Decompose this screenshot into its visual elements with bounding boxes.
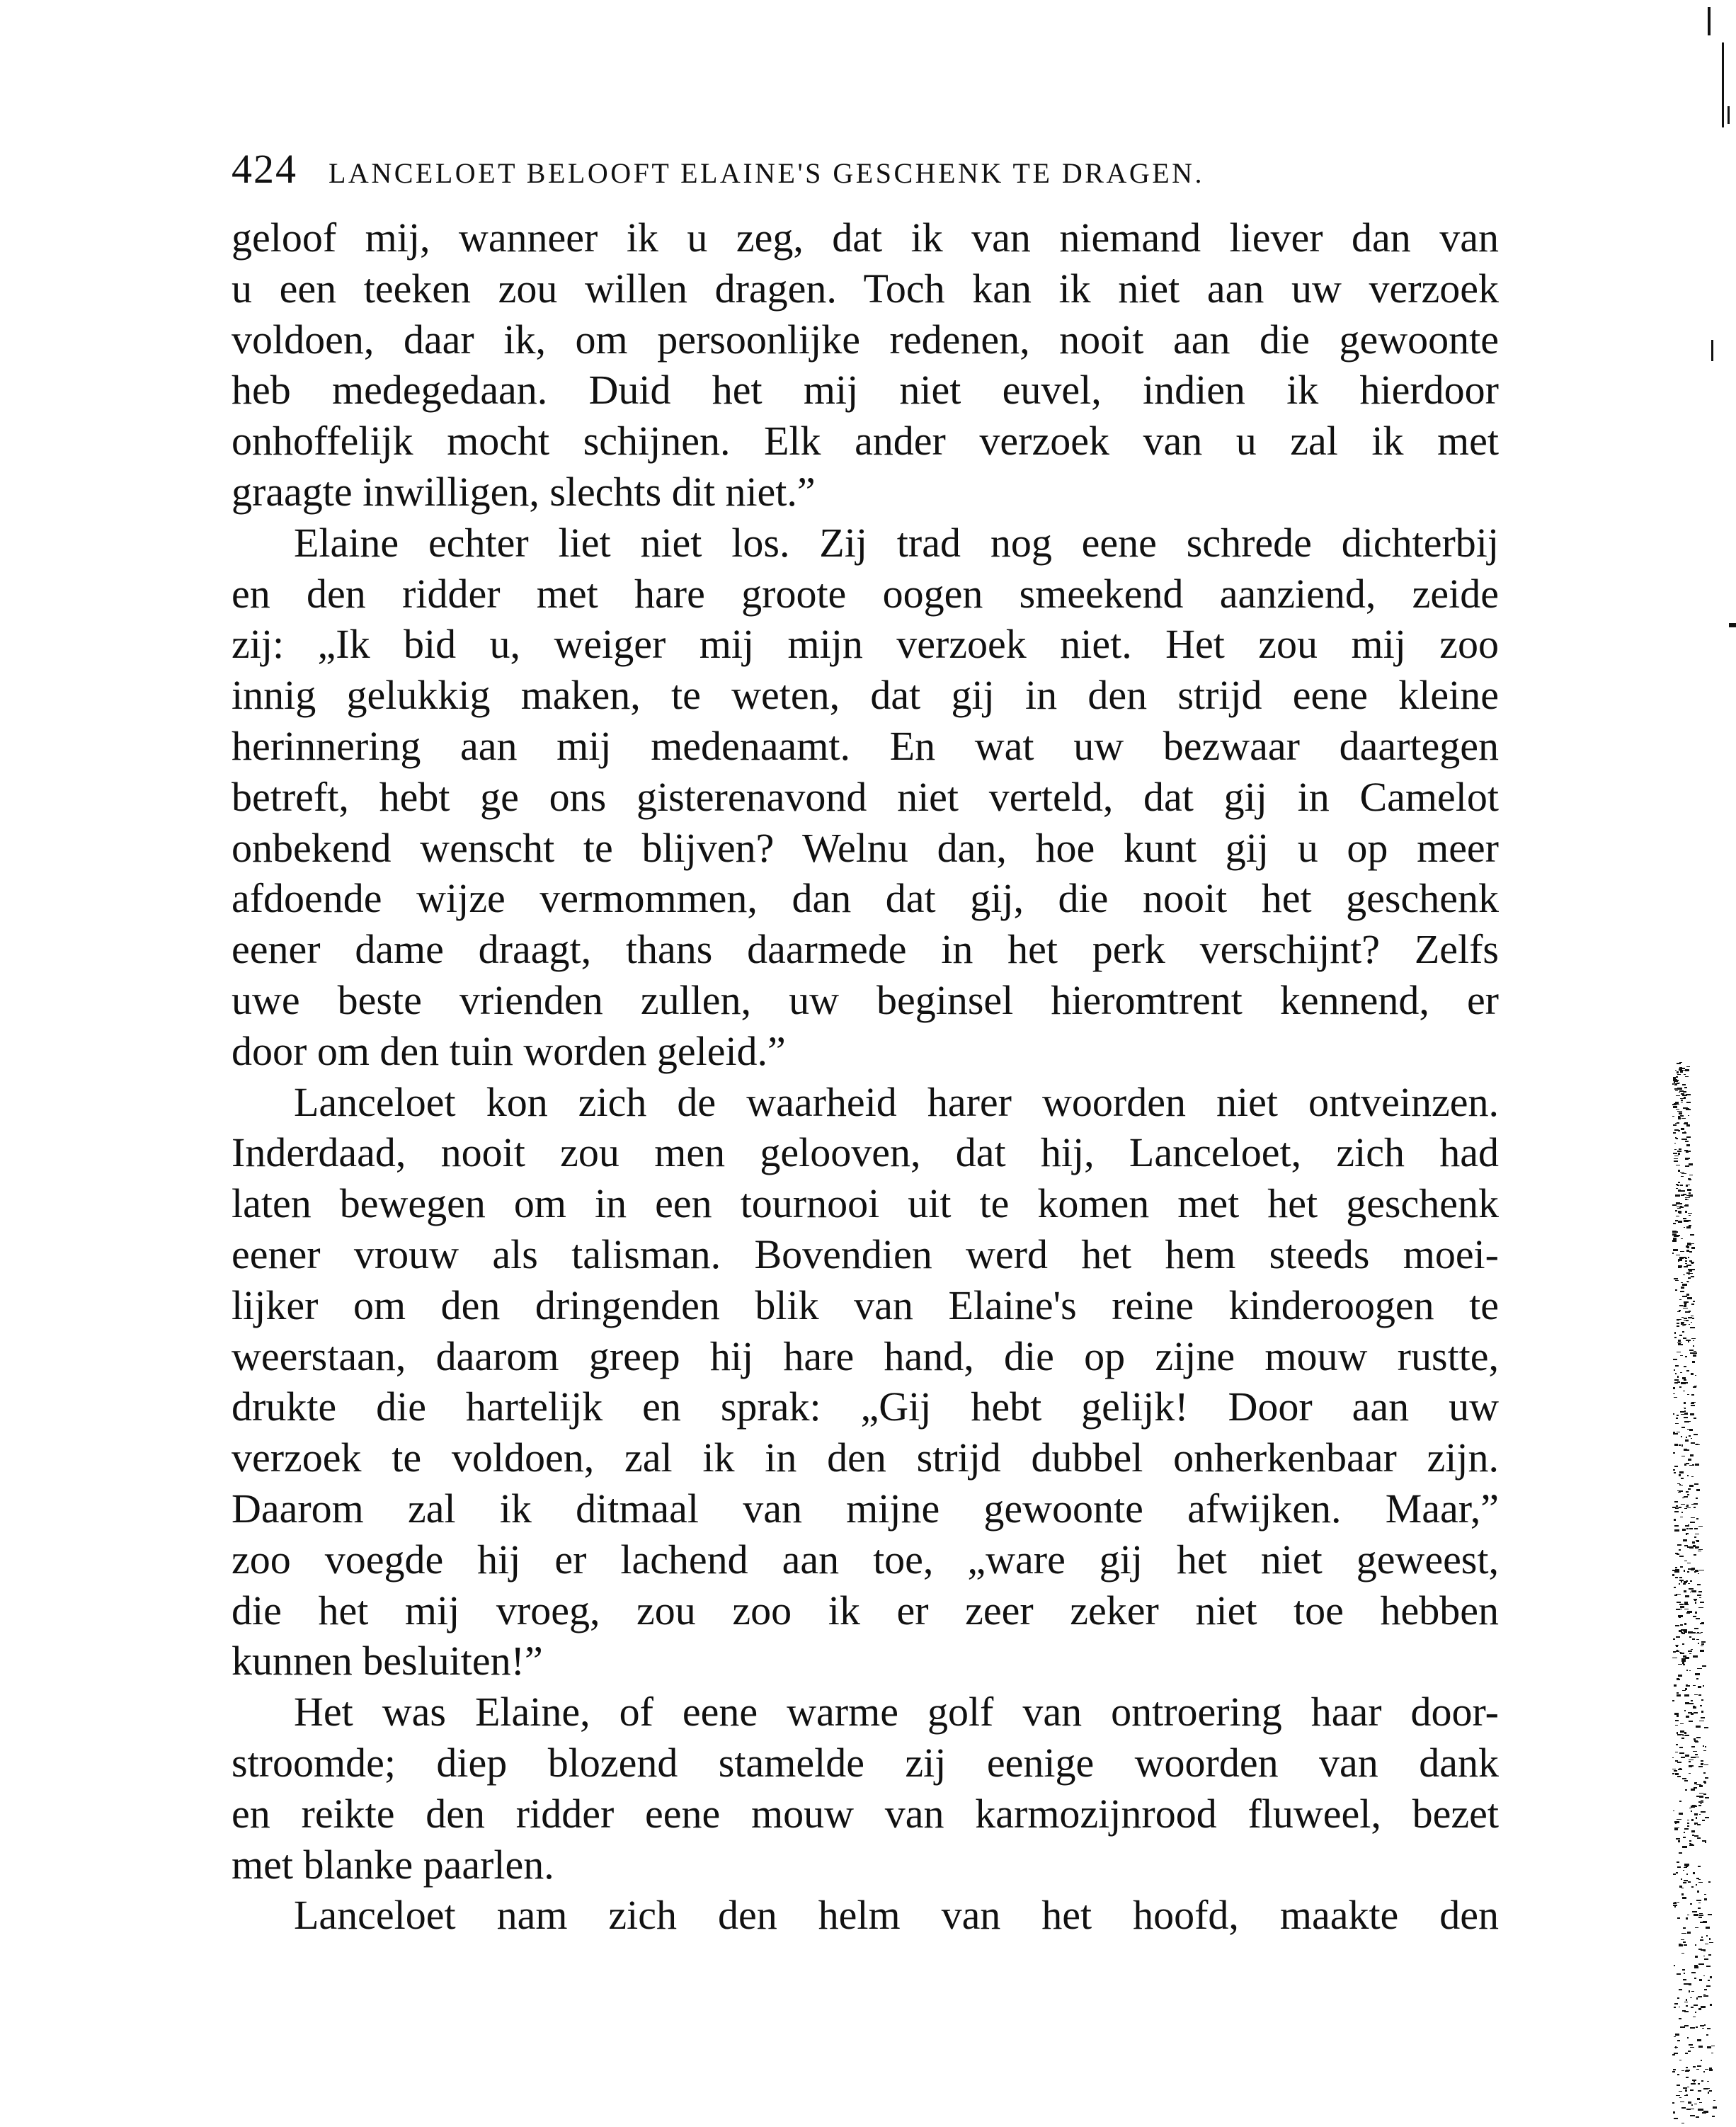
- scan-speck: [1694, 1571, 1697, 1573]
- scan-speck: [1683, 1338, 1686, 1339]
- scan-speck: [1677, 2074, 1679, 2075]
- scan-speck: [1681, 1322, 1684, 1323]
- scan-speck: [1677, 1776, 1681, 1777]
- scan-speck: [1680, 1723, 1683, 1724]
- scan-speck: [1688, 2051, 1691, 2052]
- scan-speck: [1691, 2104, 1693, 2106]
- paragraph-first-line: Elaine echter liet niet los. Zij trad no…: [232, 518, 1499, 569]
- scan-speck: [1677, 1678, 1679, 1680]
- scan-speck: [1691, 1886, 1694, 1888]
- scan-speck: [1690, 1903, 1691, 1905]
- scan-speck: [1683, 1837, 1686, 1838]
- scan-speck: [1674, 1161, 1677, 1162]
- scan-speck: [1693, 1345, 1694, 1347]
- scan-speck: [1673, 1651, 1676, 1653]
- scan-speck: [1677, 1483, 1680, 1484]
- scan-speck: [1684, 1301, 1688, 1303]
- scan-speck: [1685, 1595, 1689, 1597]
- scan-speck: [1701, 1632, 1702, 1633]
- scan-speck: [1681, 2123, 1684, 2124]
- scan-speck: [1711, 2046, 1714, 2047]
- scan-speck: [1679, 1112, 1682, 1114]
- scan-speck: [1696, 1618, 1700, 1620]
- scan-speck: [1684, 1379, 1686, 1381]
- scan-speck: [1689, 1192, 1691, 1194]
- text-line: voldoen, daar ik, om persoonlijke redene…: [232, 314, 1499, 365]
- scan-speck: [1673, 1238, 1676, 1240]
- scan-speck: [1688, 1178, 1691, 1180]
- scan-speck: [1677, 1088, 1682, 1090]
- scan-mark: [1711, 340, 1713, 361]
- scan-speck: [1694, 1835, 1698, 1837]
- scan-speck: [1694, 1554, 1696, 1556]
- scan-speck: [1685, 1311, 1690, 1313]
- scan-speck: [1672, 2102, 1674, 2104]
- scan-speck: [1688, 1488, 1691, 1489]
- scan-speck: [1675, 1280, 1679, 1281]
- scan-speck: [1698, 1963, 1701, 1965]
- scan-speck: [1685, 1657, 1690, 1659]
- scan-speck: [1672, 1570, 1675, 1571]
- text-line: lijker om den dringenden blik van Elaine…: [232, 1280, 1499, 1331]
- scan-speck: [1679, 1580, 1684, 1581]
- text-line: afdoende wijze vermommen, dan dat gij, d…: [232, 873, 1499, 924]
- scan-speck: [1674, 1821, 1679, 1823]
- scan-speck: [1695, 1547, 1698, 1549]
- scan-speck: [1689, 2044, 1693, 2046]
- scan-speck: [1679, 2060, 1681, 2061]
- text-line: geloof mij, wanneer ik u zeg, dat ik van…: [232, 212, 1499, 263]
- scan-speck: [1686, 1340, 1690, 1340]
- scan-speck: [1681, 1604, 1684, 1605]
- scan-speck: [1696, 1900, 1701, 1901]
- scan-speck: [1674, 1444, 1679, 1446]
- scan-speck: [1686, 1370, 1690, 1372]
- scan-speck: [1688, 1568, 1691, 1570]
- scan-speck: [1683, 1391, 1685, 1391]
- scan-speck: [1688, 1583, 1690, 1584]
- text-line: laten bewegen om in een tournooi uit te …: [232, 1178, 1499, 1229]
- scan-speck: [1680, 1190, 1685, 1191]
- scan-speck: [1680, 1355, 1683, 1356]
- scan-speck: [1694, 1418, 1696, 1419]
- scan-speck: [1674, 1906, 1676, 1908]
- scan-speck: [1682, 1778, 1686, 1779]
- scan-speck: [1677, 1381, 1680, 1383]
- scan-speck: [1696, 1878, 1699, 1879]
- scan-speck: [1675, 1553, 1678, 1554]
- scan-speck: [1672, 1253, 1674, 1254]
- scan-speck: [1691, 2007, 1694, 2007]
- scan-speck: [1691, 1746, 1695, 1747]
- scan-speck: [1703, 2071, 1705, 2072]
- scan-speck: [1687, 1282, 1690, 1282]
- scan-speck: [1686, 1320, 1689, 1322]
- scan-speck: [1701, 1811, 1706, 1812]
- scan-speck: [1677, 1720, 1678, 1721]
- scan-speck: [1703, 1975, 1705, 1976]
- text-line: Daarom zal ik ditmaal van mijne gewoonte…: [232, 1483, 1499, 1534]
- scan-speck: [1683, 1308, 1688, 1308]
- scan-speck: [1684, 1973, 1686, 1975]
- scan-speck: [1684, 1602, 1687, 1603]
- scan-speck: [1679, 1989, 1682, 1990]
- scan-speck: [1689, 1588, 1694, 1590]
- scan-speck: [1681, 1139, 1684, 1140]
- text-line: onbekend wenscht te blijven? Welnu dan, …: [232, 823, 1499, 874]
- scan-speck: [1688, 1115, 1689, 1116]
- scan-speck: [1686, 2077, 1689, 2078]
- scan-speck: [1683, 1275, 1686, 1275]
- text-line: u een teeken zou willen dragen. Toch kan…: [232, 263, 1499, 314]
- scan-speck: [1699, 1793, 1703, 1794]
- scan-speck: [1687, 1494, 1690, 1495]
- paragraph-first-line: Het was Elaine, of eene warme golf van o…: [232, 1687, 1499, 1738]
- scan-speck: [1684, 1464, 1686, 1466]
- scan-speck: [1677, 1083, 1679, 1084]
- scan-speck: [1704, 1958, 1708, 1960]
- scan-speck: [1698, 1591, 1702, 1592]
- scan-speck: [1673, 1469, 1675, 1471]
- scan-speck: [1687, 1571, 1689, 1573]
- scan-speck: [1682, 1498, 1684, 1498]
- scan-speck: [1691, 1405, 1695, 1406]
- scan-speck: [1686, 1066, 1690, 1067]
- scan-speck: [1674, 1149, 1677, 1151]
- scan-speck: [1673, 1903, 1676, 1904]
- scan-speck: [1674, 1337, 1677, 1338]
- scan-speck: [1696, 1639, 1699, 1640]
- scan-speck: [1677, 1602, 1681, 1602]
- text-line: zoo voegde hij er lachend aan toe, „ware…: [232, 1534, 1499, 1585]
- scan-speck: [1684, 2002, 1688, 2002]
- scan-speck: [1685, 1076, 1688, 1077]
- scan-speck: [1710, 2004, 1713, 2006]
- scan-speck: [1674, 1525, 1678, 1527]
- scan-speck: [1681, 1176, 1684, 1177]
- scan-speck: [1702, 2028, 1704, 2029]
- scan-speck: [1673, 1359, 1677, 1360]
- scan-speck: [1677, 1973, 1681, 1975]
- scan-speck: [1702, 1665, 1706, 1667]
- scan-speck: [1697, 1824, 1701, 1825]
- scan-speck: [1695, 1944, 1696, 1946]
- scan-speck: [1687, 1915, 1689, 1915]
- scan-speck: [1686, 1421, 1691, 1422]
- scan-speck: [1683, 1218, 1686, 1219]
- scan-speck: [1683, 1583, 1686, 1585]
- scan-speck: [1688, 1317, 1692, 1318]
- scan-speck: [1686, 1917, 1688, 1920]
- scan-speck: [1678, 1675, 1682, 1677]
- scan-speck: [1674, 1235, 1679, 1236]
- scan-speck: [1677, 1151, 1681, 1152]
- scan-speck: [1701, 1622, 1704, 1624]
- scan-speck: [1699, 1814, 1701, 1815]
- scan-speck: [1687, 1820, 1689, 1820]
- scan-speck: [1700, 1803, 1702, 1805]
- scan-speck: [1674, 1379, 1679, 1380]
- scan-speck: [1701, 1937, 1703, 1938]
- scan-speck: [1677, 1692, 1679, 1694]
- scan-speck: [1703, 1685, 1705, 1687]
- text-line: en reikte den ridder eene mouw van karmo…: [232, 1789, 1499, 1840]
- scan-speck: [1679, 1886, 1682, 1888]
- running-header: 424 LANCELOET BELOOFT ELAINE'S GESCHENK …: [232, 145, 1499, 195]
- scan-speck: [1673, 1433, 1678, 1435]
- scan-speck: [1687, 1246, 1689, 1248]
- scan-speck: [1680, 1372, 1682, 1373]
- scan-speck: [1682, 1084, 1686, 1085]
- scan-speck: [1674, 1684, 1677, 1687]
- scan-speck: [1699, 1908, 1701, 1909]
- scan-mark: [1728, 106, 1730, 124]
- scan-speck: [1673, 2069, 1676, 2070]
- scan-speck: [1692, 1361, 1694, 1363]
- scan-speck: [1678, 1343, 1680, 1345]
- scan-speck: [1673, 1393, 1675, 1394]
- scan-speck: [1674, 1332, 1676, 1334]
- scan-speck: [1674, 1156, 1679, 1157]
- scan-speck: [1681, 1287, 1684, 1289]
- scan-speck: [1698, 1805, 1701, 1806]
- scan-speck: [1684, 1561, 1687, 1561]
- scan-speck: [1691, 1373, 1694, 1375]
- scan-speck: [1688, 1341, 1689, 1342]
- scan-speck: [1694, 1694, 1698, 1695]
- scan-speck: [1689, 1435, 1691, 1437]
- scan-speck: [1713, 2106, 1717, 2109]
- scan-speck: [1696, 1498, 1698, 1499]
- scan-speck: [1694, 1483, 1698, 1485]
- scan-speck: [1681, 1444, 1683, 1447]
- scan-speck: [1678, 1492, 1681, 1493]
- scan-speck: [1693, 1386, 1696, 1388]
- scan-speck: [1684, 1864, 1689, 1866]
- scan-speck: [1685, 2089, 1687, 2092]
- scan-speck: [1689, 1773, 1691, 1774]
- scan-speck: [1673, 1387, 1675, 1388]
- scan-speck: [1677, 1650, 1678, 1650]
- scan-speck: [1674, 1083, 1677, 1085]
- scan-speck: [1687, 1394, 1689, 1396]
- scan-speck: [1675, 1577, 1678, 1579]
- scan-speck: [1681, 1173, 1686, 1174]
- scan-speck: [1674, 2003, 1678, 2004]
- scan-speck: [1693, 1655, 1698, 1658]
- scan-speck: [1683, 1664, 1685, 1665]
- scan-speck: [1680, 1115, 1684, 1116]
- scan-speck: [1684, 1449, 1687, 1451]
- scan-speck: [1686, 1272, 1689, 1275]
- scan-speck: [1705, 1777, 1708, 1779]
- scan-speck: [1691, 1991, 1695, 1992]
- scan-speck: [1691, 1394, 1694, 1396]
- scan-speck: [1675, 1569, 1679, 1571]
- scan-speck: [1676, 1636, 1680, 1638]
- scan-speck: [1677, 1694, 1680, 1696]
- scan-speck: [1693, 1355, 1696, 1357]
- scan-speck: [1679, 1507, 1681, 1508]
- scan-speck: [1685, 1356, 1687, 1357]
- scan-speck: [1686, 1185, 1688, 1186]
- scan-speck: [1689, 1220, 1691, 1221]
- scan-speck: [1686, 1507, 1690, 1509]
- scan-speck: [1686, 1199, 1689, 1200]
- scan-speck: [1683, 1927, 1686, 1928]
- scan-speck: [1680, 1185, 1684, 1186]
- scan-speck: [1703, 2088, 1708, 2089]
- scan-speck: [1684, 1074, 1686, 1075]
- scan-speck: [1684, 1867, 1687, 1868]
- scan-speck: [1674, 1587, 1676, 1588]
- scan-speck: [1674, 1713, 1679, 1715]
- scan-speck: [1674, 1501, 1678, 1502]
- scan-speck: [1676, 1255, 1680, 1255]
- scan-speck: [1685, 1702, 1689, 1704]
- scan-speck: [1703, 1750, 1706, 1752]
- scan-speck: [1685, 1141, 1689, 1141]
- scan-speck: [1675, 1090, 1679, 1092]
- scan-speck: [1679, 2007, 1680, 2007]
- scan-speck: [1682, 1331, 1684, 1333]
- scan-speck: [1687, 1189, 1691, 1191]
- scan-speck: [1686, 1294, 1689, 1296]
- scan-speck: [1673, 1874, 1676, 1875]
- scan-speck: [1674, 2118, 1678, 2119]
- scan-speck: [1683, 1324, 1687, 1325]
- scan-speck: [1677, 1715, 1679, 1717]
- scan-speck: [1696, 2069, 1699, 2070]
- scan-speck: [1690, 1844, 1693, 1845]
- scan-speck: [1693, 1352, 1697, 1354]
- scan-speck: [1686, 1437, 1687, 1438]
- scan-speck: [1690, 1413, 1695, 1415]
- page-number: 424: [232, 145, 297, 193]
- scan-speck: [1701, 2006, 1706, 2007]
- scan-speck: [1673, 1077, 1676, 1079]
- scan-speck: [1679, 1852, 1683, 1853]
- scan-speck: [1691, 1276, 1694, 1278]
- scan-speck: [1695, 1757, 1699, 1758]
- scan-speck: [1689, 1721, 1693, 1722]
- scan-speck: [1709, 1938, 1711, 1940]
- scan-speck: [1687, 1825, 1689, 1827]
- scan-speck: [1680, 1517, 1683, 1518]
- scan-speck: [1703, 1794, 1706, 1795]
- scan-speck: [1676, 1095, 1681, 1096]
- scan-speck: [1679, 1747, 1683, 1748]
- scan-speck: [1686, 1102, 1691, 1103]
- scan-speck: [1713, 2100, 1715, 2101]
- scan-speck: [1684, 1780, 1688, 1782]
- scan-speck: [1709, 2090, 1711, 2091]
- scan-speck: [1674, 1828, 1678, 1830]
- scan-speck: [1693, 1301, 1695, 1302]
- scan-speck: [1705, 1817, 1709, 1818]
- scan-speck: [1689, 1808, 1691, 1808]
- scan-speck: [1677, 1311, 1680, 1313]
- scan-speck: [1680, 1071, 1683, 1073]
- scan-speck: [1678, 1116, 1681, 1118]
- scan-speck: [1701, 1760, 1703, 1761]
- scan-speck: [1677, 1071, 1679, 1073]
- scan-speck: [1695, 1673, 1700, 1675]
- scan-speck: [1698, 1643, 1700, 1643]
- scan-speck: [1681, 1478, 1684, 1479]
- scan-speck: [1689, 1194, 1693, 1197]
- scan-speck: [1704, 1898, 1707, 1900]
- scan-speck: [1708, 1980, 1710, 1981]
- scan-speck: [1693, 2017, 1696, 2017]
- scan-speck: [1705, 1746, 1707, 1747]
- scan-speck: [1681, 1317, 1683, 1318]
- scan-speck: [1690, 1997, 1692, 1998]
- scan-speck: [1679, 1752, 1684, 1754]
- scan-speck: [1681, 2107, 1686, 2109]
- scan-speck: [1681, 1118, 1686, 1119]
- scan-speck: [1675, 1595, 1677, 1596]
- paragraph-first-line: Lanceloet nam zich den helm van het hoof…: [232, 1890, 1499, 1941]
- scan-speck: [1676, 1216, 1679, 1216]
- text-line: eener dame draagt, thans daarmede in het…: [232, 924, 1499, 975]
- scan-speck: [1676, 1418, 1678, 1419]
- scan-speck: [1684, 1944, 1688, 1946]
- scan-speck: [1679, 1299, 1681, 1301]
- text-line: eener vrouw als talisman. Bovendien werd…: [232, 1229, 1499, 1280]
- scan-speck: [1683, 1194, 1686, 1194]
- scan-speck: [1694, 1966, 1698, 1968]
- scan-speck: [1694, 1434, 1698, 1435]
- scan-speck: [1699, 1570, 1704, 1570]
- scan-speck: [1677, 1732, 1678, 1734]
- scan-speck: [1676, 1080, 1678, 1080]
- scan-speck: [1691, 1649, 1694, 1650]
- scan-speck: [1698, 1694, 1701, 1697]
- text-line: verzoek te voldoen, zal ik in den strijd…: [232, 1432, 1499, 1483]
- scan-speck: [1679, 2097, 1681, 2098]
- scan-speck: [1686, 1095, 1688, 1096]
- scan-speck: [1675, 1102, 1679, 1104]
- scan-speck: [1687, 1932, 1691, 1934]
- scan-speck: [1688, 1712, 1692, 1713]
- scan-speck: [1694, 1978, 1696, 1978]
- text-line: Inderdaad, nooit zou men gelooven, dat h…: [232, 1127, 1499, 1178]
- scan-speck: [1677, 1111, 1682, 1112]
- scan-speck: [1685, 1260, 1687, 1262]
- scan-speck: [1684, 1366, 1686, 1368]
- scan-speck: [1692, 2080, 1696, 2081]
- scan-speck: [1691, 1830, 1695, 1832]
- scan-speck: [1675, 1365, 1679, 1367]
- scan-speck: [1694, 2005, 1698, 2007]
- scan-speck: [1694, 1813, 1698, 1815]
- scan-speck: [1679, 1577, 1682, 1578]
- scan-speck: [1674, 1466, 1678, 1466]
- scan-speck: [1676, 1645, 1678, 1647]
- scan-speck: [1679, 1556, 1684, 1557]
- scan-speck: [1679, 2018, 1682, 2019]
- scan-speck: [1697, 2098, 1700, 2100]
- scan-speck: [1691, 1338, 1696, 1339]
- scan-speck: [1675, 1194, 1680, 1197]
- scan-speck: [1684, 1623, 1686, 1625]
- scan-speck: [1690, 2089, 1694, 2090]
- scan-speck: [1677, 1063, 1681, 1064]
- scan-speck: [1672, 1083, 1674, 1085]
- text-line: uwe beste vrienden zullen, uw beginsel h…: [232, 975, 1499, 1026]
- scan-speck: [1682, 1662, 1685, 1664]
